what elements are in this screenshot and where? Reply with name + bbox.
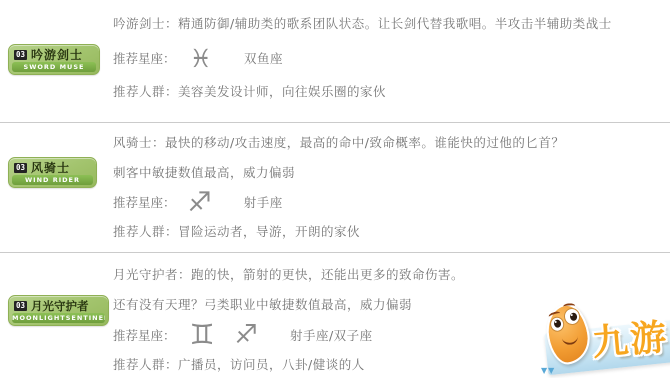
class-badge-sword-muse: 03 吟游剑士 SWORD MUSE (8, 44, 100, 75)
badge-header: 03 吟游剑士 (9, 45, 99, 62)
badge-title: 风骑士 (31, 159, 70, 176)
audience-line: 推荐人群：冒险运动者，导游，开朗的家伙 (113, 222, 360, 240)
zodiac-row: 推荐星座： ♓ 双鱼座 (113, 41, 283, 75)
badge-subtitle: WIND RIDER (12, 175, 93, 185)
9game-logo: 九游 ▼▼ (538, 298, 670, 378)
badge-number: 03 (14, 163, 27, 173)
mascot-eye (563, 307, 582, 327)
badge-title: 吟游剑士 (31, 46, 83, 63)
class-stat-line: 还有没有天理？弓类职业中敏捷数值最高，威力偏弱 (113, 295, 412, 313)
zodiac-name: 双鱼座 (244, 49, 283, 67)
mascot-mouth (562, 335, 579, 346)
logo-brand-text: 九游 (590, 309, 670, 366)
badge-header: 03 月光守护者 (9, 296, 108, 313)
badge-subtitle: MOONLIGHTSENTINEL (12, 313, 105, 323)
audience-line: 推荐人群：广播员，访问员，八卦/健谈的人 (113, 355, 365, 373)
zodiac-row: 推荐星座： ♐ 射手座 (113, 185, 283, 219)
audience-line: 推荐人群：美容美发设计师，向往娱乐圈的家伙 (113, 82, 386, 100)
zodiac-row: 推荐星座： ♊ ♐ 射手座/双子座 (113, 318, 373, 352)
class-description: 风骑士：最快的移动/攻击速度，最高的命中/致命概率。谁能快的过他的匕首？ (113, 133, 564, 151)
class-badge-wind-rider: 03 风骑士 WIND RIDER (8, 157, 97, 188)
article-image: 吟游剑士：精通防御/辅助类的歌系团队状态。让长剑代替我歌唱。半攻击半辅助类战士 … (0, 0, 670, 378)
badge-header: 03 风骑士 (9, 158, 96, 175)
pisces-icon: ♓ (190, 46, 212, 71)
mascot-eye (549, 316, 565, 333)
badge-subtitle: SWORD MUSE (12, 62, 96, 72)
zodiac-label: 推荐星座： (113, 49, 176, 67)
zodiac-name: 射手座/双子座 (290, 326, 373, 344)
zodiac-name: 射手座 (244, 193, 283, 211)
class-badge-moonlight-sentinel: 03 月光守护者 MOONLIGHTSENTINEL (8, 295, 109, 326)
class-section-sword-muse: 吟游剑士：精通防御/辅助类的歌系团队状态。让长剑代替我歌唱。半攻击半辅助类战士 … (0, 0, 670, 122)
gemini-icon: ♊ (190, 321, 215, 349)
sagittarius-icon: ♐ (188, 189, 212, 216)
logo-tick-marks: ▼▼ (541, 366, 555, 375)
badge-title: 月光守护者 (31, 298, 89, 314)
class-section-wind-rider: 风骑士：最快的移动/攻击速度，最高的命中/致命概率。谁能快的过他的匕首？ 03 … (0, 123, 670, 252)
badge-number: 03 (14, 50, 27, 60)
class-stat-line: 刺客中敏捷数值最高，威力偏弱 (113, 163, 295, 181)
sagittarius-icon: ♐ (235, 322, 258, 348)
zodiac-label: 推荐星座： (113, 326, 176, 344)
class-description: 吟游剑士：精通防御/辅助类的歌系团队状态。让长剑代替我歌唱。半攻击半辅助类战士 (113, 14, 612, 32)
class-description: 月光守护者：跑的快，箭射的更快，还能出更多的致命伤害。 (113, 265, 464, 283)
zodiac-label: 推荐星座： (113, 193, 176, 211)
badge-number: 03 (14, 301, 27, 311)
